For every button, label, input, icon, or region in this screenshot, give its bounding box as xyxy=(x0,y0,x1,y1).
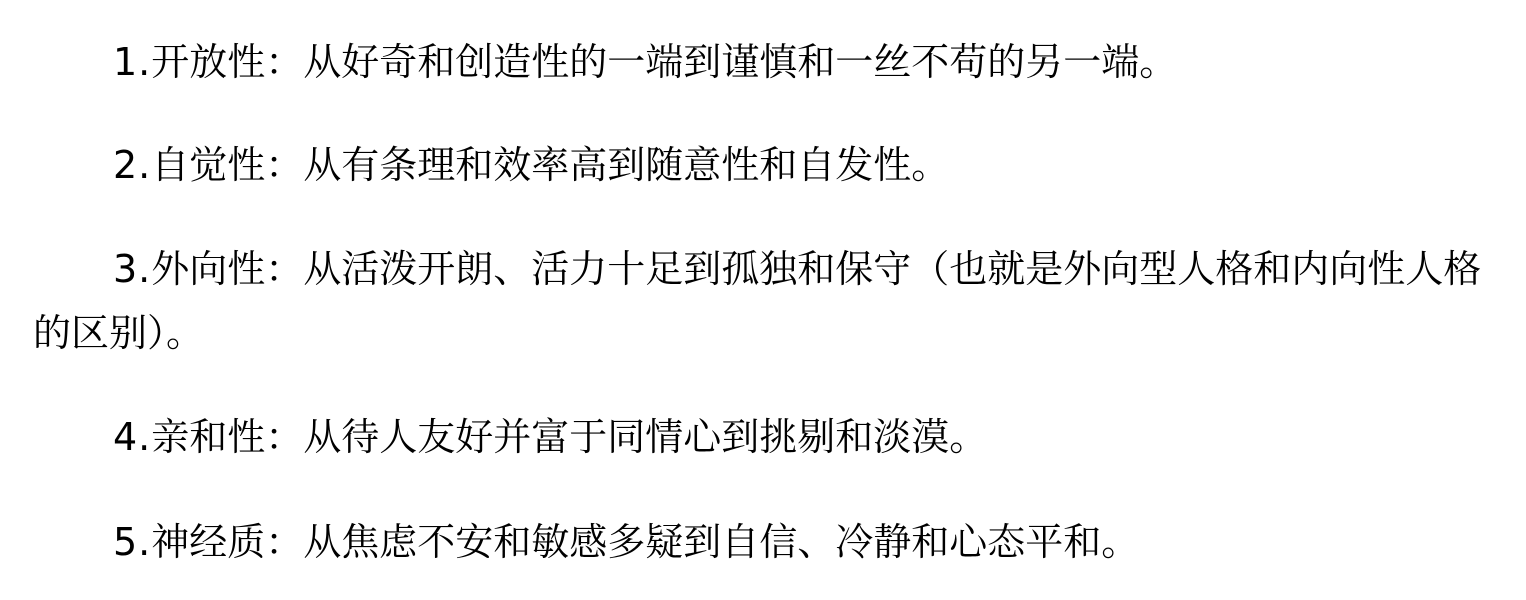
paragraph-openness: 1.开放性：从好奇和创造性的一端到谨慎和一丝不苟的另一端。 xyxy=(33,30,1493,94)
trait-description: 从有条理和效率高到随意性和自发性。 xyxy=(303,143,949,187)
trait-description: 从好奇和创造性的一端到谨慎和一丝不苟的另一端。 xyxy=(303,40,1177,84)
paragraph-neuroticism: 5.神经质：从焦虑不安和敏感多疑到自信、冷静和心态平和。 xyxy=(33,510,1493,574)
separator: ： xyxy=(265,143,303,187)
trait-term: 自觉性 xyxy=(151,143,265,187)
trait-term: 外向性 xyxy=(151,247,265,291)
item-number: 2. xyxy=(113,143,151,187)
item-number: 4. xyxy=(113,415,151,459)
separator: ： xyxy=(265,520,303,564)
trait-term: 开放性 xyxy=(151,40,265,84)
item-number: 5. xyxy=(113,520,151,564)
paragraph-agreeableness: 4.亲和性：从待人友好并富于同情心到挑剔和淡漠。 xyxy=(33,405,1493,469)
trait-term: 神经质 xyxy=(151,520,265,564)
trait-description: 从焦虑不安和敏感多疑到自信、冷静和心态平和。 xyxy=(303,520,1139,564)
separator: ： xyxy=(265,247,303,291)
separator: ： xyxy=(265,415,303,459)
paragraph-conscientiousness: 2.自觉性：从有条理和效率高到随意性和自发性。 xyxy=(33,133,1493,197)
item-number: 1. xyxy=(113,40,151,84)
paragraph-extraversion: 3.外向性：从活泼开朗、活力十足到孤独和保守（也就是外向型人格和内向性人格的区别… xyxy=(33,237,1493,365)
trait-term: 亲和性 xyxy=(151,415,265,459)
item-number: 3. xyxy=(113,247,151,291)
trait-description: 从待人友好并富于同情心到挑剔和淡漠。 xyxy=(303,415,987,459)
separator: ： xyxy=(265,40,303,84)
